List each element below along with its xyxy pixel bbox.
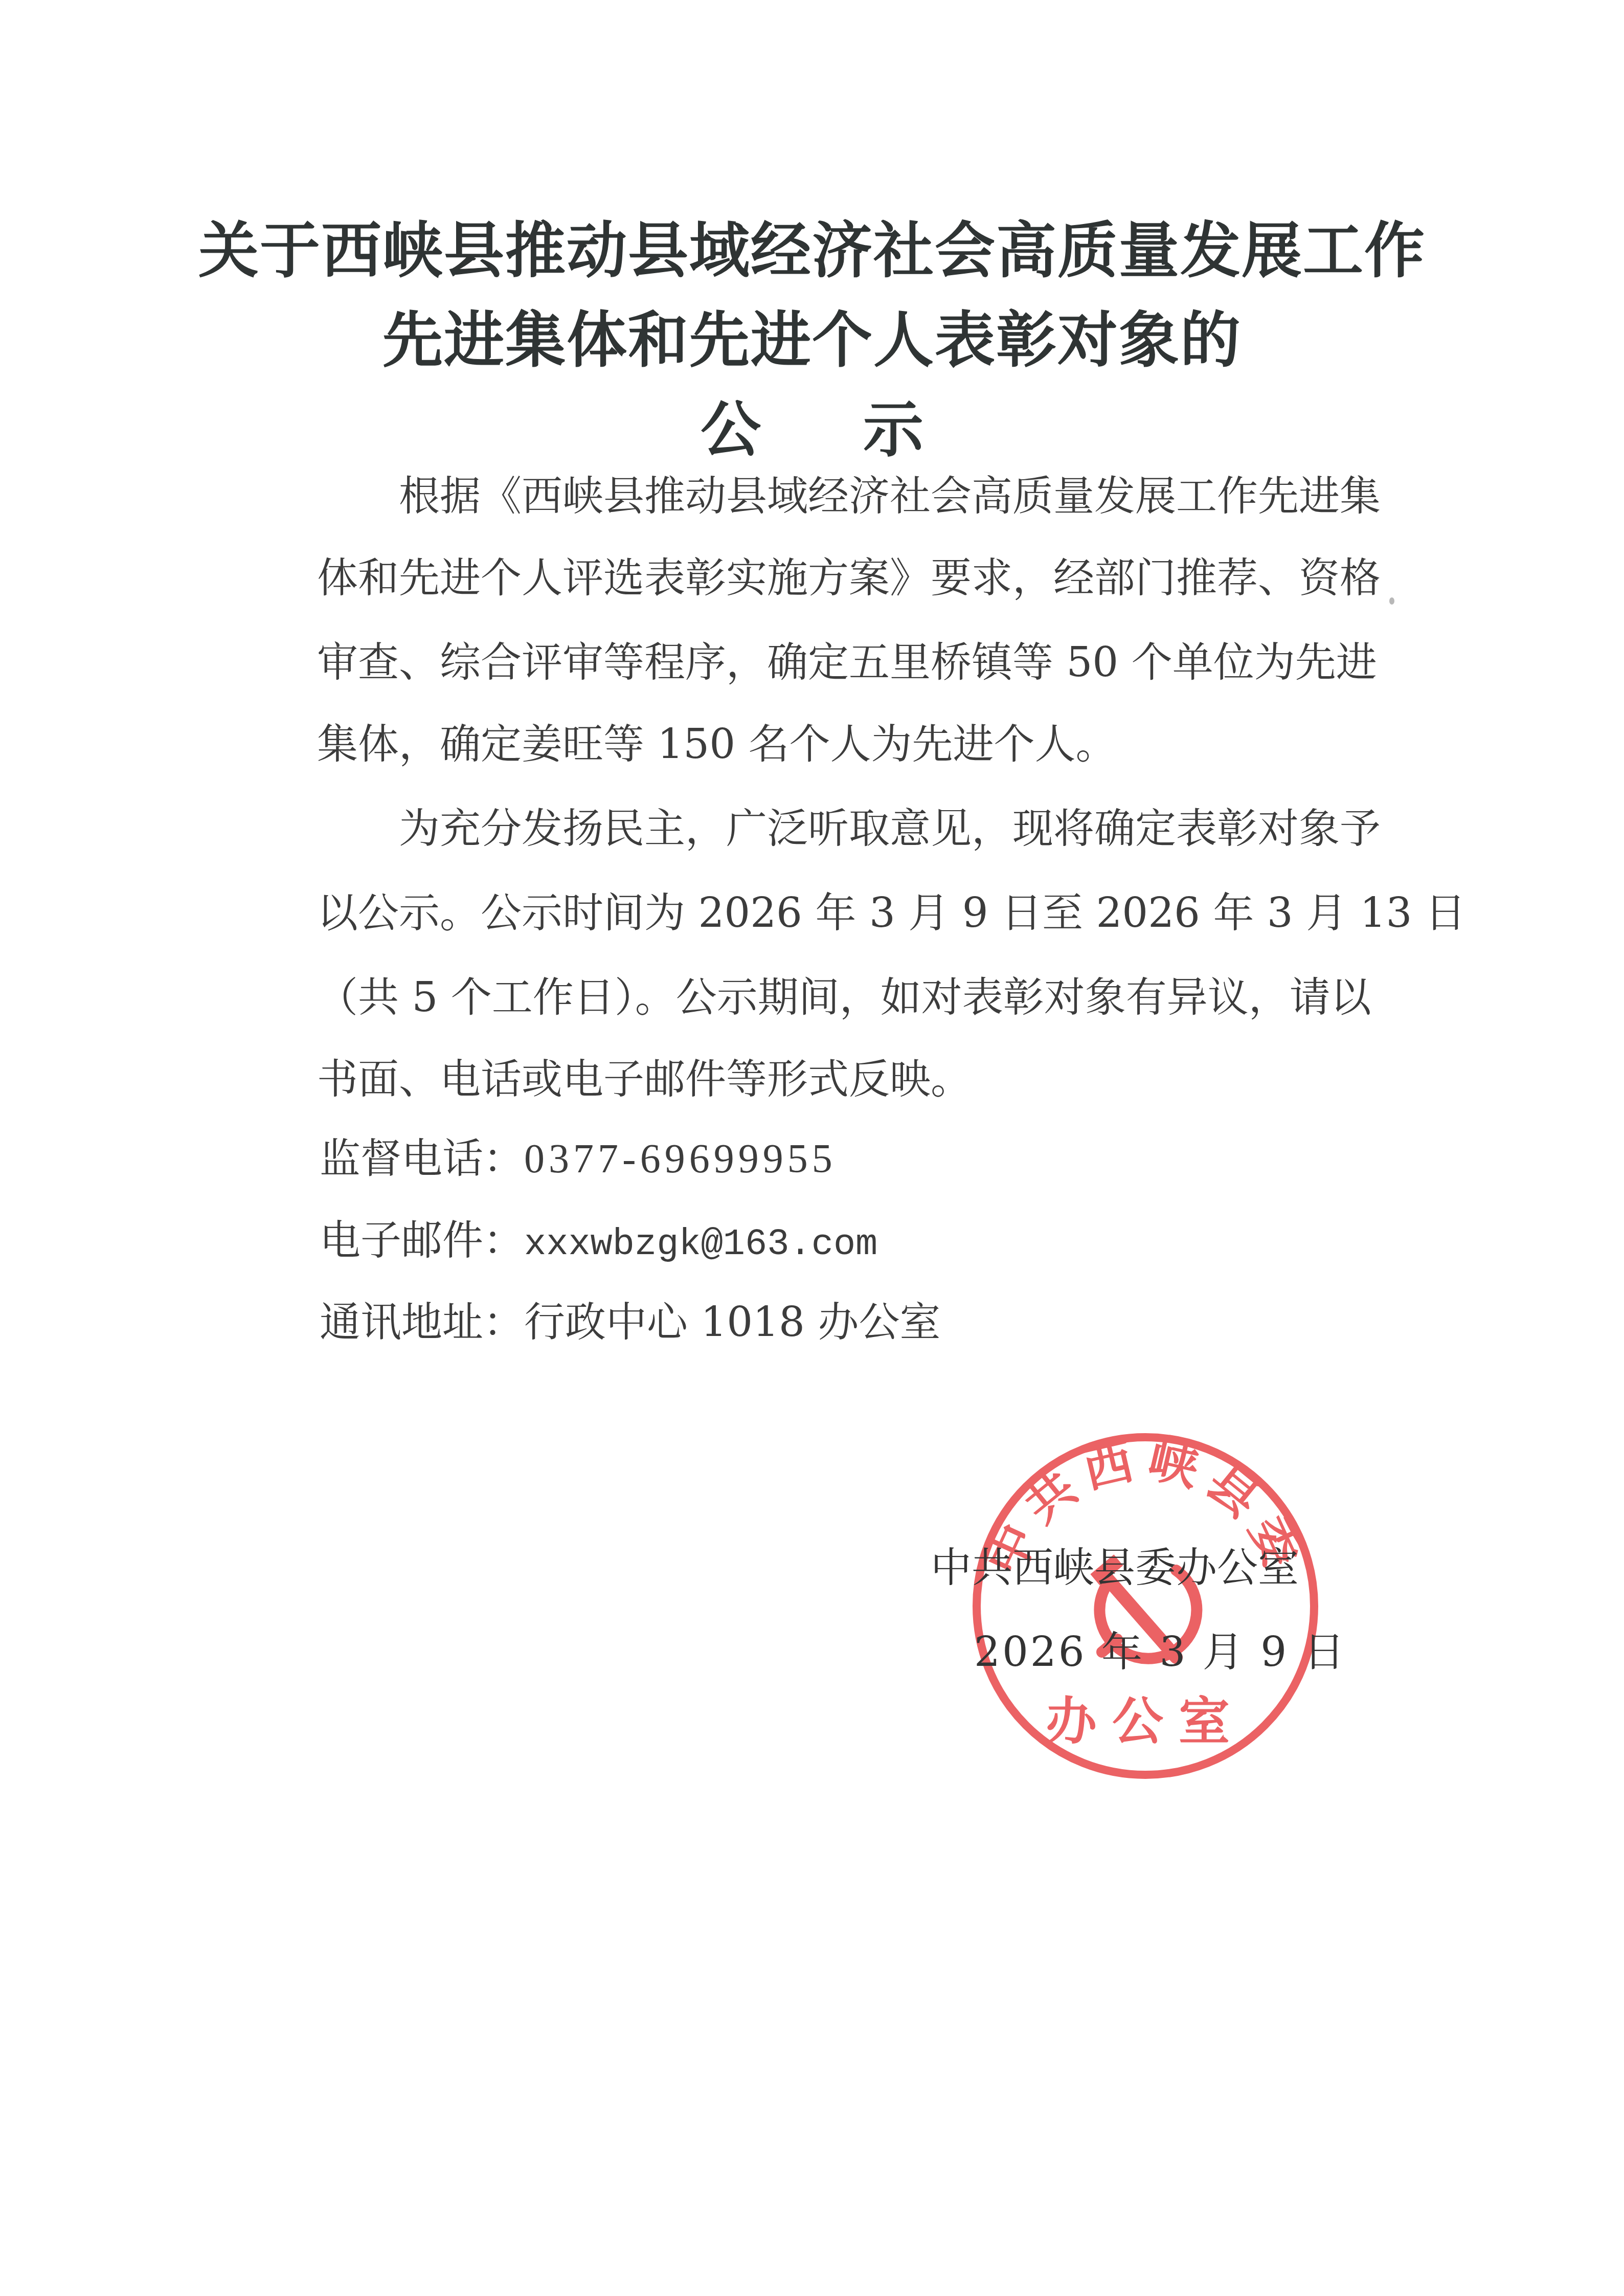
paragraph-2-line-3: （共 5 个工作日）。公示期间，如对表彰对象有异议，请以 xyxy=(317,972,1370,1023)
paragraph-2-line-1: 为充分发扬民主，广泛听取意见，现将确定表彰对象予 xyxy=(317,803,1370,854)
contact-phone: 监督电话：0377-69699955 xyxy=(320,1133,1373,1185)
contact-address: 通讯地址：行政中心 1018 办公室 xyxy=(320,1297,1373,1348)
paragraph-2-line-2: 以公示。公示时间为 2026 年 3 月 9 日至 2026 年 3 月 13 … xyxy=(317,887,1370,939)
signature-organization: 中共西峡县委办公室 xyxy=(931,1542,1299,1593)
signature-date: 2026 年 3 月 9 日 xyxy=(974,1626,1347,1678)
seal-bottom-text: 办公室 xyxy=(1046,1691,1245,1751)
email-label: 电子邮件： xyxy=(320,1216,524,1264)
paragraph-1-line-2: 体和先进个人评选表彰实施方案》要求，经部门推荐、资格 xyxy=(317,552,1370,604)
phone-value: 0377-69699955 xyxy=(524,1136,837,1182)
document-page: 关于西峡县推动县域经济社会高质量发展工作 先进集体和先进个人表彰对象的 公示 根… xyxy=(0,0,1624,2296)
email-value: xxxwbzgk@163.com xyxy=(524,1223,877,1265)
address-value: 行政中心 1018 办公室 xyxy=(524,1298,940,1346)
paragraph-2-line-4: 书面、电话或电子邮件等形式反映。 xyxy=(317,1054,1370,1105)
scan-speck xyxy=(1389,597,1394,605)
paragraph-1-line-3: 审查、综合评审等程序，确定五里桥镇等 50 个单位为先进 xyxy=(317,637,1370,688)
title-line-1: 关于西峡县推动县域经济社会高质量发展工作 xyxy=(0,202,1624,289)
paragraph-1-line-1: 根据《西峡县推动县域经济社会高质量发展工作先进集 xyxy=(317,471,1370,522)
paragraph-1-line-4: 集体，确定姜旺等 150 名个人为先进个人。 xyxy=(317,719,1370,770)
official-seal: 中共西峡县委 办公室 xyxy=(966,1427,1324,1785)
contact-email: 电子邮件：xxxwbzgk@163.com xyxy=(320,1215,1373,1270)
title-line-3: 公示 xyxy=(0,381,1624,468)
address-label: 通讯地址： xyxy=(320,1298,524,1346)
title-line-2: 先进集体和先进个人表彰对象的 xyxy=(0,292,1624,378)
phone-label: 监督电话： xyxy=(320,1134,524,1182)
